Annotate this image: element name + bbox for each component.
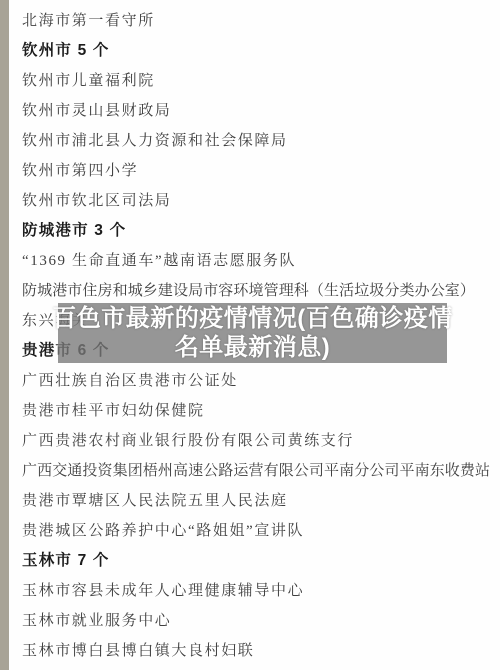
list-item: 北海市第一看守所 bbox=[22, 6, 494, 36]
list-item: 玉林市博白县博白镇大良村妇联 bbox=[22, 636, 494, 666]
overlay-title-line2: 名单最新消息) bbox=[175, 333, 331, 362]
list-item: 广西交通投资集团梧州高速公路运营有限公司平南分公司平南东收费站 bbox=[22, 456, 494, 486]
list-item: 贵港市覃塘区人民法院五里人民法庭 bbox=[22, 486, 494, 516]
list-item: “1369 生命直通车”越南语志愿服务队 bbox=[22, 246, 494, 276]
list-item: 玉林市就业服务中心 bbox=[22, 606, 494, 636]
list-item: 钦州市钦北区司法局 bbox=[22, 186, 494, 216]
overlay-title-line1: 百色市最新的疫情情况(百色确诊疫情 bbox=[52, 304, 453, 333]
section-header: 防城港市 3 个 bbox=[22, 216, 494, 246]
section-header: 钦州市 5 个 bbox=[22, 36, 494, 66]
list-item: 贵港市桂平市妇幼保健院 bbox=[22, 396, 494, 426]
list-item: 防城港市住房和城乡建设局市容环境管理科（生活垃圾分类办公室） bbox=[22, 276, 494, 306]
list-item: 钦州市第四小学 bbox=[22, 156, 494, 186]
list-item: 广西壮族自治区贵港市公证处 bbox=[22, 366, 494, 396]
list-item: 贵港城区公路养护中心“路姐姐”宣讲队 bbox=[22, 516, 494, 546]
list-item: 钦州市灵山县财政局 bbox=[22, 96, 494, 126]
list-item: 钦州市儿童福利院 bbox=[22, 66, 494, 96]
document-page: 北海市第一看守所钦州市 5 个钦州市儿童福利院钦州市灵山县财政局钦州市浦北县人力… bbox=[0, 0, 500, 670]
page-left-edge bbox=[0, 0, 9, 670]
list-item: 玉林市容县未成年人心理健康辅导中心 bbox=[22, 576, 494, 606]
title-overlay: 百色市最新的疫情情况(百色确诊疫情 名单最新消息) bbox=[58, 303, 447, 363]
list-item: 广西贵港农村商业银行股份有限公司黄练支行 bbox=[22, 426, 494, 456]
list-item: 钦州市浦北县人力资源和社会保障局 bbox=[22, 126, 494, 156]
section-header: 玉林市 7 个 bbox=[22, 546, 494, 576]
